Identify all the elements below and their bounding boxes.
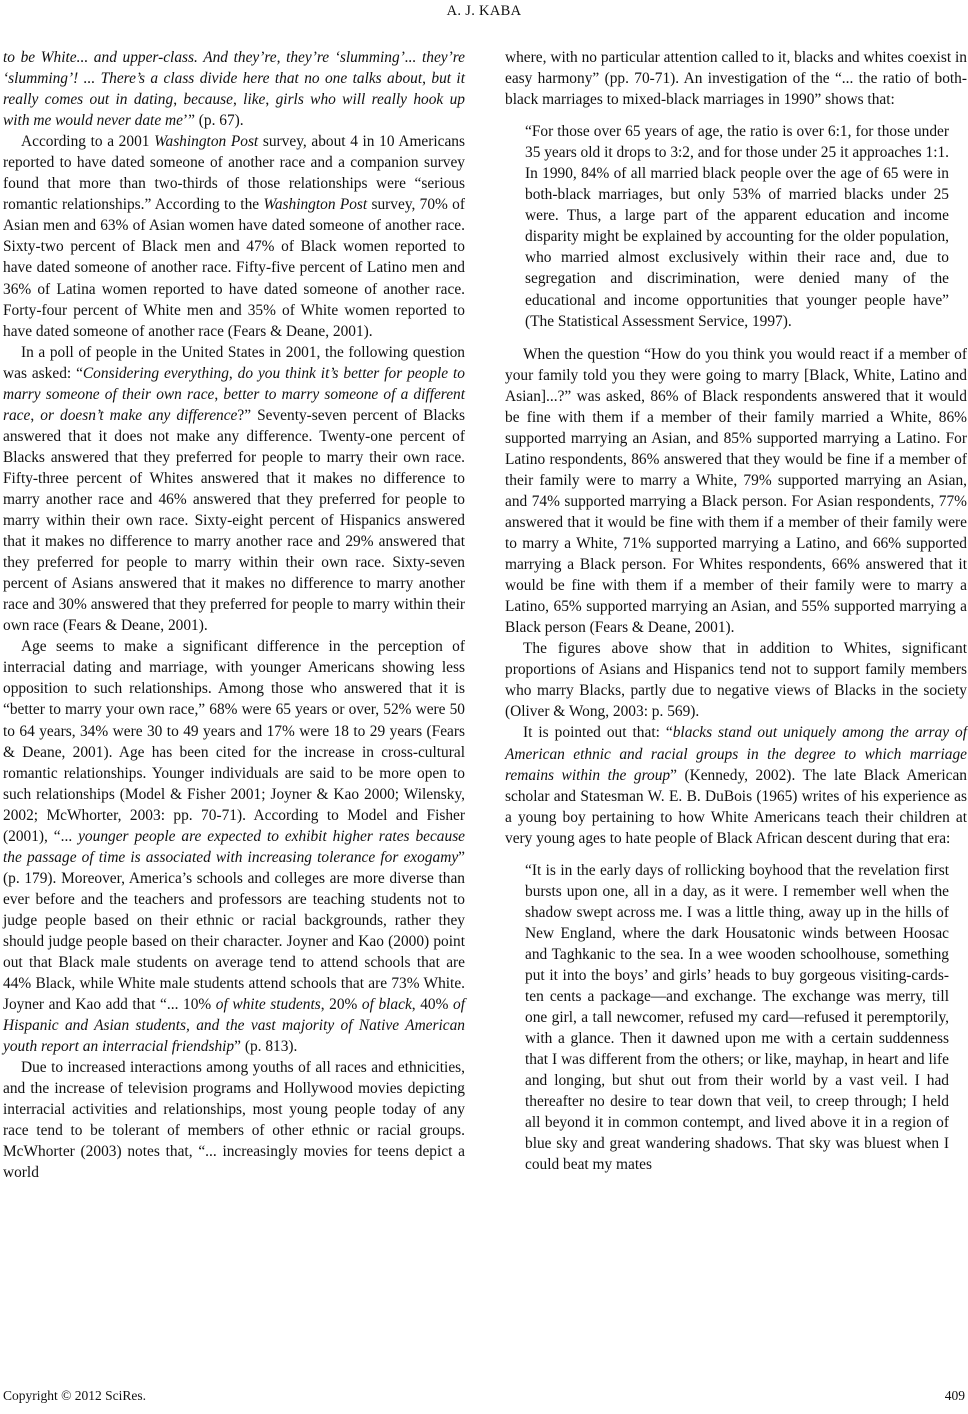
block-quote-dubois: “It is in the early days of rollicking b…: [525, 860, 949, 1176]
italic-text-segment: Considering everything: [83, 365, 229, 382]
text-segment: It is pointed out that: “: [523, 724, 673, 741]
text-segment: ,: [422, 70, 431, 87]
block-quote-statistical-assessment: “For those over 65 years of age, the rat…: [525, 121, 949, 331]
text-segment: When the question “How do you think you …: [505, 346, 967, 637]
paragraph: When the question “How do you think you …: [505, 344, 967, 639]
text-segment: ,: [173, 91, 183, 108]
text-segment: Due to increased interactions among yout…: [3, 1059, 465, 1181]
italic-text-segment: or doesn’t make any dif­ference: [40, 407, 237, 424]
right-column-body: When the question “How do you think you …: [505, 344, 967, 849]
italic-text-segment: like: [243, 91, 265, 108]
right-column-intro: where, with no particular attention call…: [505, 47, 967, 110]
italic-text-segment: of white students: [216, 996, 321, 1013]
italic-text-segment: Washington Post: [154, 133, 258, 150]
left-column: to be White... and upper-class. And they…: [3, 47, 465, 1184]
text-segment: According to a 2001: [21, 133, 154, 150]
paragraph: According to a 2001 Washington Post surv…: [3, 131, 465, 341]
text-segment: ?” Seventy-seven percent of Blacks answe…: [3, 407, 465, 634]
paragraph: Age seems to make a significant differen…: [3, 636, 465, 1057]
text-segment: ,: [229, 365, 238, 382]
italic-text-segment: to be White... and upper-class. And they…: [3, 49, 465, 87]
text-segment: where, with no particular attention call…: [505, 49, 967, 108]
text-segment: Age seems to make a significant differen…: [3, 638, 465, 844]
italic-text-segment: of black: [362, 996, 412, 1013]
quote-paragraph: “For those over 65 years of age, the rat…: [525, 121, 949, 331]
text-segment: , 20%: [321, 996, 362, 1013]
text-segment: survey, 70% of Asian men and 63% of Asia…: [3, 196, 465, 339]
text-segment: ,: [233, 91, 243, 108]
quote-paragraph: “It is in the early days of rollicking b…: [525, 860, 949, 1176]
right-column: where, with no particular attention call…: [505, 47, 967, 1187]
text-segment: ,: [265, 91, 275, 108]
italic-text-segment: because: [183, 91, 233, 108]
paragraph: In a poll of people in the United States…: [3, 342, 465, 637]
page-number: 409: [945, 1388, 965, 1404]
text-segment: ” (p. 813).: [234, 1038, 297, 1055]
text-segment: “For those over 65 years of age, the rat…: [525, 123, 949, 329]
left-column-paragraphs: to be White... and upper-class. And they…: [3, 47, 465, 1184]
copyright-footer: Copyright © 2012 SciRes.: [3, 1388, 146, 1404]
text-segment: The figures above show that in addition …: [505, 640, 967, 720]
paragraph: to be White... and upper-class. And they…: [3, 47, 465, 131]
text-segment: ” (p. 179). Moreover, America’s schools …: [3, 849, 465, 1013]
text-segment: ,: [30, 407, 40, 424]
paragraph: Due to increased interactions among yout…: [3, 1057, 465, 1183]
running-head: A. J. KABA: [0, 3, 968, 20]
text-segment: ’” (p. 67).: [183, 112, 244, 129]
italic-text-segment: Washington Post: [263, 196, 367, 213]
paragraph: It is pointed out that: “blacks stand ou…: [505, 722, 967, 848]
text-segment: , 40%: [412, 996, 453, 1013]
text-segment: “It is in the early days of rollicking b…: [525, 862, 949, 1174]
paragraph: where, with no particular attention call…: [505, 47, 967, 110]
paragraph: The figures above show that in addition …: [505, 638, 967, 722]
